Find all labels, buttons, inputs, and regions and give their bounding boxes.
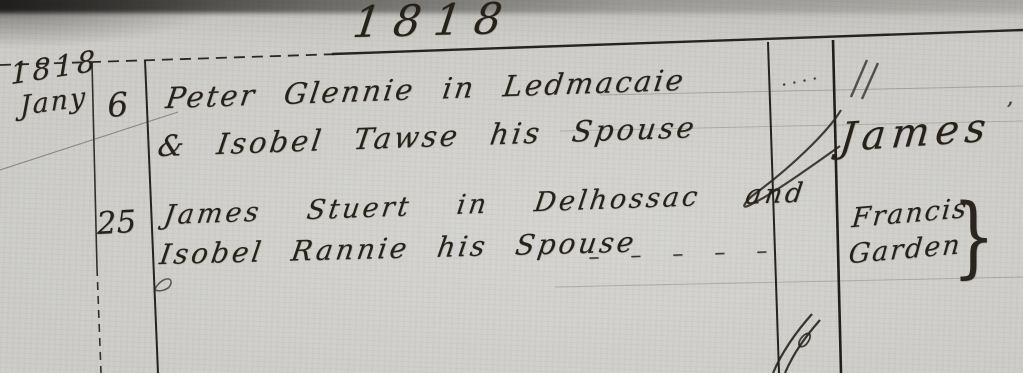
column-rule-day-text — [145, 60, 158, 373]
entry-day: 6 — [106, 88, 129, 122]
column-rule-year-day — [92, 63, 97, 268]
stray-tick-mark: ’ — [1006, 101, 1013, 123]
entry-day: 25 — [96, 207, 137, 240]
witness-brace: } — [952, 193, 995, 281]
register-page: 1818 1818 Jany 6 Peter Glennie in Ledmac… — [0, 0, 1023, 373]
page-header-year: 1818 — [350, 0, 517, 45]
table-lines-layer — [0, 0, 1023, 373]
column-rule-year-day-lower — [97, 268, 101, 373]
witness-name: James — [838, 107, 994, 158]
pen-curl-mark — [154, 279, 171, 292]
